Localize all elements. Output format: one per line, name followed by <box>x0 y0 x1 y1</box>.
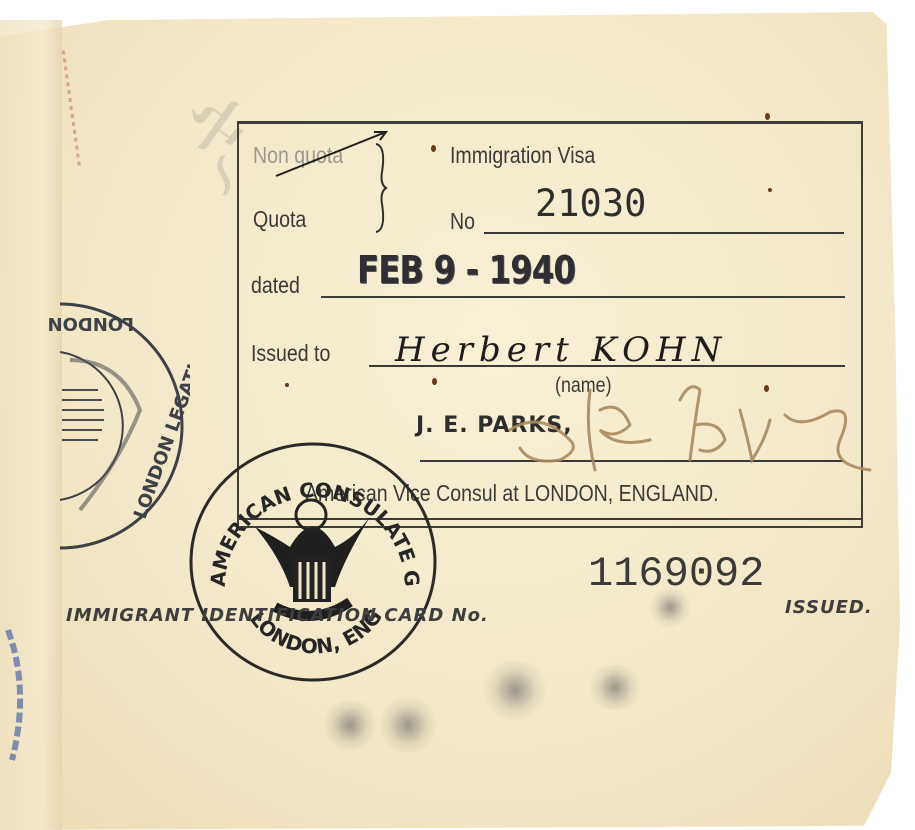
no-label: No <box>450 208 475 235</box>
ink-smudge <box>480 660 550 720</box>
ink-smudge <box>378 695 438 755</box>
rust-spot <box>764 385 769 392</box>
visa-number: 21030 <box>535 182 646 225</box>
brace-icon <box>370 142 392 234</box>
consulate-general-seal: AMERICAN CONSULATE GENERAL, LONDON, ENGL… <box>185 437 440 687</box>
quota-label: Quota <box>253 206 306 233</box>
date-line <box>321 296 845 298</box>
issued-to-label: Issued to <box>251 340 330 367</box>
legation-seal: LONDON LONDON LEGATION, <box>40 300 190 560</box>
rust-spot <box>765 113 770 120</box>
rust-spot <box>432 378 437 385</box>
blue-stamp-fragment <box>0 620 40 770</box>
visa-number-line <box>484 232 844 234</box>
issued-to-name: Herbert KOHN <box>395 330 727 370</box>
legation-seal-text-top: LONDON <box>47 313 134 334</box>
ink-smudge <box>585 665 645 710</box>
rust-spot <box>431 145 436 152</box>
rust-spot <box>285 383 289 387</box>
ink-smudge <box>650 585 690 630</box>
eagle-icon <box>255 500 370 616</box>
consul-signature <box>500 370 880 490</box>
issued-stamp: ISSUED. <box>785 597 873 618</box>
date-stamp: FEB 9 - 1940 <box>357 248 575 292</box>
identification-card-label: IMMIGRANT IDENTIFICATION CARD No. <box>66 605 489 626</box>
rust-spot <box>768 188 772 192</box>
visa-title: Immigration Visa <box>450 142 595 169</box>
dated-label: dated <box>251 272 300 299</box>
ink-smudge <box>320 700 380 750</box>
